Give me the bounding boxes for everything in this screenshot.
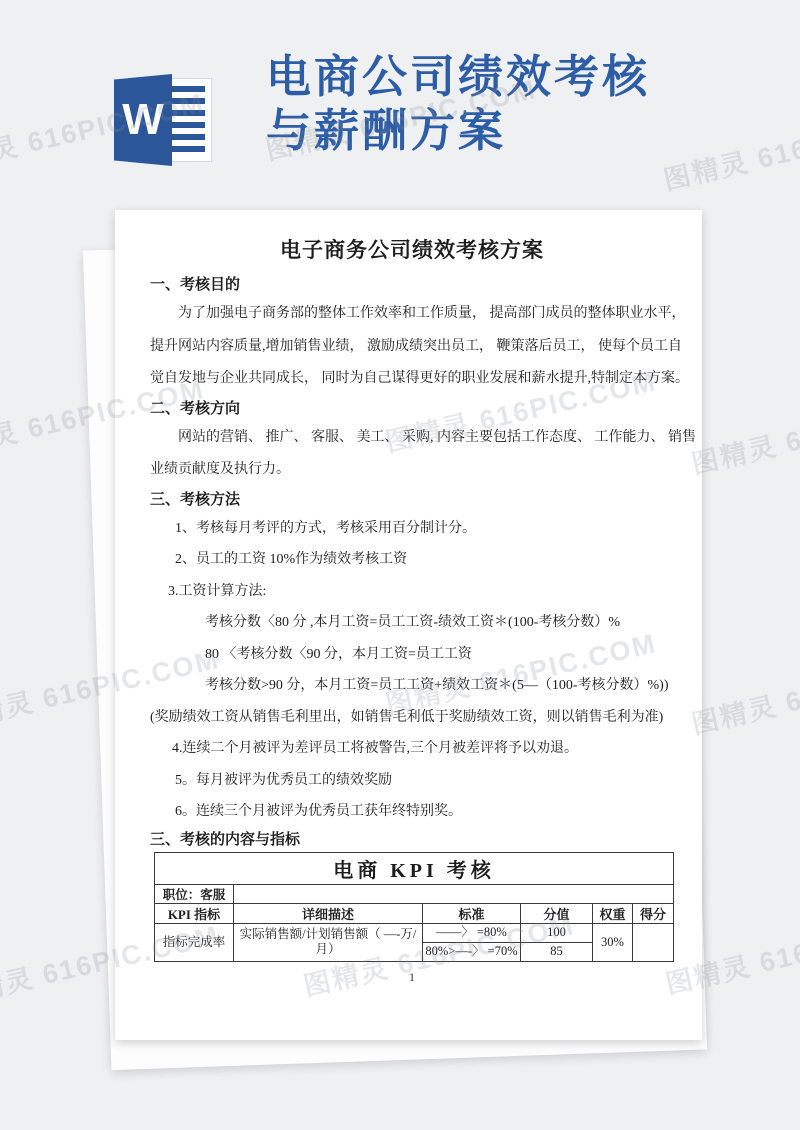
section-heading-2: 二、考核方向 — [150, 396, 674, 422]
col-header-score: 分值 — [521, 903, 593, 923]
kpi-table-header-row: KPI 指标 详细描述 标准 分值 权重 得分 — [155, 903, 674, 923]
document-page: 电子商务公司绩效考核方案 一、考核目的 为了加强电子商务部的整体工作效率和工作质… — [115, 210, 702, 1040]
col-header-got: 得分 — [633, 903, 674, 923]
document-title: 电子商务公司绩效考核方案 — [150, 232, 674, 272]
method-item-1: 1、考核每月考评的方式，考核采用百分制计分。 — [150, 513, 674, 545]
word-file-icon: W — [114, 74, 212, 166]
cell-got-score — [633, 923, 674, 961]
cell-weight: 30% — [593, 923, 633, 961]
section-heading-4: 三、考核的内容与指标 — [150, 828, 674, 852]
paragraph-line: 网站的营销、 推广、 客服、 美工、 采购, 内容主要包括工作态度、 工作能力、… — [150, 422, 674, 455]
cell-score-2: 85 — [521, 942, 593, 961]
word-icon-letter: W — [122, 98, 164, 142]
kpi-table-title-row: 电商 KPI 考核 — [155, 852, 674, 884]
word-icon-document-sheet — [166, 79, 211, 161]
method-item-4: 4.连续二个月被评为差评员工将被警告,三个月被差评将予以劝退。 — [150, 733, 674, 765]
cell-score-1: 100 — [521, 923, 593, 942]
cell-kpi-name: 指标完成率 — [155, 923, 234, 961]
position-label: 职位：客服 — [155, 884, 234, 903]
salary-formula-3: 考核分数>90 分，本月工资=员工工资+绩效工资＊(5—（100-考核分数）%)… — [150, 670, 674, 702]
preview-title-line1: 电商公司绩效考核 — [266, 50, 650, 104]
kpi-table-data-row-1: 指标完成率 实际销售额/计划销售额（ —-万/月） ——〉 =80% 100 3… — [155, 923, 674, 942]
watermark: 图精灵 616PIC.COM — [687, 381, 800, 481]
watermark: 图精灵 616PIC.COM — [687, 641, 800, 741]
col-header-desc: 详细描述 — [234, 903, 423, 923]
kpi-table-title: 电商 KPI 考核 — [155, 852, 674, 884]
paragraph-line: 为了加强电子商务部的整体工作效率和工作质量， 提高部门成员的整体职业水平， — [150, 298, 674, 331]
position-value-empty — [234, 884, 674, 903]
paragraph-line: 业绩贡献度及执行力。 — [150, 454, 674, 487]
method-item-3: 3.工资计算方法: — [150, 576, 674, 608]
preview-canvas: W 电商公司绩效考核 与薪酬方案 电子商务公司绩效考核方案 一、考核目的 为了加… — [0, 0, 800, 1130]
kpi-table-position-row: 职位：客服 — [155, 884, 674, 903]
method-item-5: 5。每月被评为优秀员工的绩效奖励 — [150, 765, 674, 797]
preview-title: 电商公司绩效考核 与薪酬方案 — [266, 50, 650, 158]
method-item-6: 6。连续三个月被评为优秀员工获年终特别奖。 — [150, 796, 674, 828]
kpi-table: 电商 KPI 考核 职位：客服 KPI 指标 详细描述 标准 分值 权重 得分 … — [154, 852, 674, 962]
method-item-2: 2、员工的工资 10%作为绩效考核工资 — [150, 544, 674, 576]
salary-formula-1: 考核分数〈80 分 ,本月工资=员工工资-绩效工资＊(100-考核分数）% — [150, 607, 674, 639]
watermark: 图精灵 616PIC.COM — [659, 97, 800, 197]
cell-standard-1: ——〉 =80% — [423, 923, 521, 942]
paragraph-line: 觉自发地与企业共同成长， 同时为自己谋得更好的职业发展和薪水提升,特制定本方案。 — [150, 363, 674, 396]
section-heading-3: 三、考核方法 — [150, 487, 674, 513]
word-icon-text-lines — [172, 86, 205, 154]
col-header-kpi: KPI 指标 — [155, 903, 234, 923]
col-header-weight: 权重 — [593, 903, 633, 923]
salary-formula-2: 80 〈考核分数〈90 分，本月工资=员工工资 — [150, 639, 674, 671]
cell-standard-2: 80%>—-〉 =70% — [423, 942, 521, 961]
col-header-std: 标准 — [423, 903, 521, 923]
cell-kpi-desc: 实际销售额/计划销售额（ —-万/月） — [234, 923, 423, 961]
formula-note: (奖励绩效工资从销售毛利里出，如销售毛利低于奖励绩效工资，则以销售毛利为准) — [150, 702, 674, 734]
paragraph-line: 提升网站内容质量,增加销售业绩， 激励成绩突出员工， 鞭策落后员工， 使每个员工… — [150, 331, 674, 364]
page-number: 1 — [150, 970, 674, 985]
word-icon-w-panel: W — [114, 74, 172, 166]
preview-title-line2: 与薪酬方案 — [266, 104, 650, 158]
section-heading-1: 一、考核目的 — [150, 272, 674, 298]
